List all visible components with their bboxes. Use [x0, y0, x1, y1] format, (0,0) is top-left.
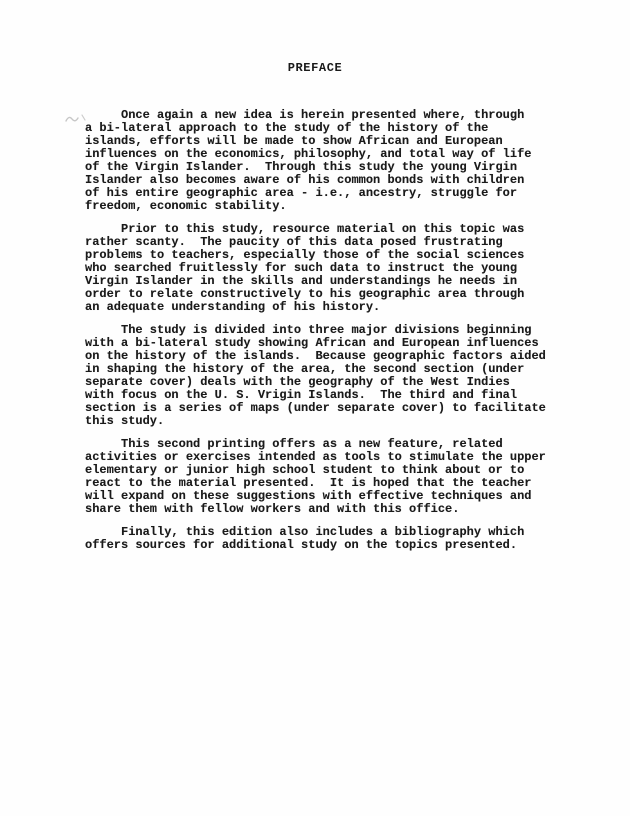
paragraph-2: Prior to this study, resource material o… — [85, 223, 565, 314]
paragraph-1: Once again a new idea is herein presente… — [85, 109, 565, 213]
document-body: Once again a new idea is herein presente… — [85, 109, 565, 562]
paragraph-5: Finally, this edition also includes a bi… — [85, 526, 565, 552]
scanned-page: PREFACE Once again a new idea is herein … — [0, 0, 630, 816]
paragraph-4: This second printing offers as a new fea… — [85, 438, 565, 516]
page-title: PREFACE — [0, 61, 630, 75]
paragraph-3: The study is divided into three major di… — [85, 324, 565, 428]
